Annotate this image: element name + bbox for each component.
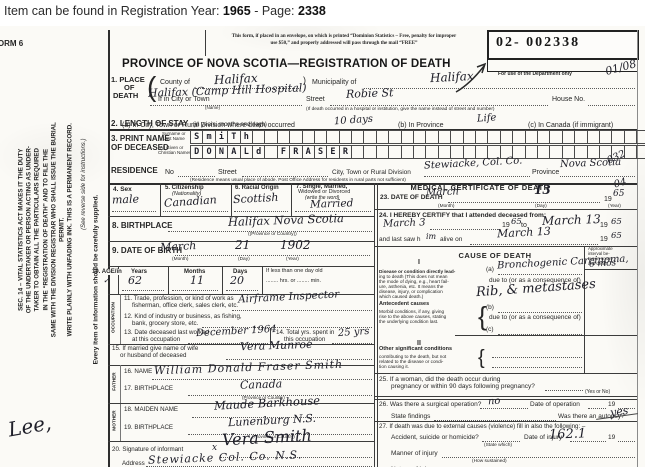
rule — [262, 266, 263, 294]
due-to-label-2: due to (or as a consequence of) — [489, 314, 581, 321]
dotted-line — [498, 311, 582, 313]
dotted-line — [482, 440, 520, 442]
dotted-line — [112, 210, 156, 212]
dotted-line — [122, 289, 164, 291]
q13-label-2: at this occupation — [132, 337, 180, 344]
notice-line: IN THE “REGISTRATION OF DEATH” AND TO FI… — [42, 110, 50, 350]
dotted-line — [545, 389, 583, 391]
dotted-line — [470, 243, 598, 245]
q25-hint: (Yes or No) — [585, 390, 610, 395]
street-value: Robie St — [346, 87, 394, 100]
record-location-header: Item can be found in Registration Year: … — [4, 4, 326, 18]
given-name-cells: DONALdFRASER — [190, 145, 645, 159]
rule — [374, 373, 637, 374]
q25-label-1: 25. If a woman, did the death occur duri… — [379, 376, 500, 383]
death-year-prefix: 19 — [604, 196, 612, 204]
age-less-label: If less than one day old — [266, 269, 323, 275]
birth-year-hint: (Year) — [286, 257, 299, 262]
last-saw-label-1: and last saw h — [379, 236, 421, 243]
cause-b-label: (b) — [486, 304, 494, 311]
envelope-note-line2: use $50,” and properly addressed will pa… — [210, 41, 478, 46]
notice-line: TAKER TO OBTAIN ALL THE PARTICULARS REQU… — [34, 110, 42, 350]
dotted-line — [442, 456, 635, 458]
municipality-value: Halifax — [430, 70, 474, 84]
to-year-value: 65 — [611, 218, 622, 227]
antecedent-label-4: the underlying condition last. — [379, 319, 438, 324]
notice-line: OF THE UNDERTAKER OR PERSON ACTING AS UN… — [25, 110, 33, 350]
q27-year-prefix: 19 — [608, 434, 615, 441]
header-prefix: Item can be found in Registration Year: — [4, 4, 219, 18]
every-item-note: Every item of information should be care… — [92, 185, 99, 375]
age-months-value: 11 — [190, 275, 204, 286]
dotted-line — [172, 289, 218, 291]
dotted-line — [588, 104, 635, 106]
saw-year-prefix: 19 — [600, 236, 608, 244]
rule — [374, 396, 637, 397]
dotted-line — [588, 407, 606, 409]
rule — [374, 399, 637, 400]
dotted-line — [364, 87, 635, 89]
dotted-line — [226, 289, 258, 291]
rule — [637, 30, 638, 467]
birth-month-value: March — [160, 240, 197, 253]
name-hint: (Name) — [205, 106, 220, 111]
cause-c-label: (c) — [486, 326, 494, 333]
page-number: 2338 — [298, 4, 326, 18]
q27-how-hint: (How sustained) — [472, 459, 507, 464]
saw-year-value: 65 — [611, 232, 622, 241]
other-label-1: Other significant conditions — [379, 347, 452, 353]
rule — [205, 30, 206, 56]
street-label: Street — [306, 96, 325, 104]
surname-cells: SmiTh — [190, 130, 645, 144]
dotted-line — [618, 440, 635, 442]
dotted-line — [448, 201, 600, 203]
informant-address-label: Address — [122, 461, 145, 467]
birth-month-hint: (Month) — [172, 257, 189, 262]
last-saw-label-2: alive on — [440, 236, 462, 243]
house-no-label: House No. — [552, 96, 585, 104]
rule — [108, 30, 110, 467]
age-years-value: 62 — [128, 275, 142, 286]
birthplace-label: 8. BIRTHPLACE — [112, 222, 172, 231]
stay-a-value: 10 days — [334, 115, 374, 128]
dotted-line — [242, 175, 328, 177]
dotted-line — [163, 210, 228, 212]
serial-number: 02- 002338 — [496, 35, 580, 50]
form-title: PROVINCE OF NOVA SCOTIA—REGISTRATION OF … — [122, 58, 444, 70]
dept-use-label: For use of the Department only — [498, 72, 572, 77]
last-saw-hw: im — [426, 233, 436, 241]
record-viewer: Item can be found in Registration Year: … — [0, 0, 645, 467]
to-year-prefix: 19 — [600, 222, 608, 230]
residence-street-label: Street — [218, 169, 237, 177]
marital-value: Married — [310, 198, 354, 210]
surname-hint-2: Last Name — [163, 137, 185, 142]
q13-value: December 1964 — [196, 325, 277, 339]
father-name-value: William Donald Fraser Smith — [154, 359, 343, 377]
mother-side-label: MOTHER — [111, 406, 116, 436]
death-day-value: 13 — [534, 184, 551, 196]
mother-maiden-value: Maude Barkhouse — [214, 395, 321, 412]
dotted-line — [150, 104, 302, 106]
notice-line: SAME WITH THE DIVISION REGISTRAR WHO SHA… — [50, 110, 66, 350]
q26-date-label: Date of operation — [530, 401, 580, 408]
dotted-line — [492, 366, 582, 368]
death-year-value: 65 — [613, 190, 624, 199]
rule — [291, 183, 292, 216]
q26-label: 26. Was there a surgical operation? — [379, 401, 481, 408]
dotted-line — [178, 175, 215, 177]
dotted-line — [175, 254, 370, 256]
q26-findings-label: State findings — [391, 413, 430, 420]
birth-day-value: 21 — [235, 239, 250, 251]
citizenship-value: Canadian — [164, 194, 217, 209]
q11-value: Airframe Inspector — [238, 289, 340, 305]
dotted-line — [232, 309, 372, 311]
rule — [377, 183, 378, 467]
rule — [120, 294, 121, 344]
cause-a-interval-value: 6 mos — [589, 259, 617, 269]
disease-label-6: which caused death.) — [379, 294, 423, 299]
rule — [160, 183, 161, 216]
rule — [455, 335, 637, 336]
last-saw-value: March 13 — [497, 226, 551, 240]
municipality-label: Municipality of — [312, 79, 356, 87]
birth-day-hint: (Day) — [238, 257, 250, 262]
age-hrs-label: ........ hrs. or ........ min. — [266, 279, 321, 285]
rule — [231, 183, 232, 216]
hospital-hint: (If death occurred in a hospital or inst… — [306, 107, 495, 112]
birthplace-hint: ((Province or Country)) — [248, 232, 297, 237]
q14-value: 25 yrs — [338, 327, 370, 339]
father-name-label: 16. NAME — [124, 369, 152, 376]
spouse-label-2: or husband of deceased — [120, 353, 186, 360]
age-checkmark: ✓ — [103, 277, 110, 285]
dotted-line — [480, 407, 528, 409]
other-label-4: tion causing it. — [379, 364, 409, 369]
vital-statistics-notice: SEC. 14 – VITAL STATISTICS ACT MAKES IT … — [17, 110, 74, 350]
death-month-value: March — [426, 187, 459, 198]
residence-province-label: Province — [532, 169, 559, 177]
racial-origin-value: Scottish — [233, 192, 279, 205]
notice-line: SEC. 14 – VITAL STATISTICS ACT MAKES IT … — [17, 110, 25, 350]
brace-antecedent: { — [478, 302, 487, 330]
residence-no-label: No — [165, 169, 174, 177]
envelope-note-line1: This form, if placed in an envelope, on … — [210, 34, 478, 39]
margin-scribble: Lee, — [7, 412, 53, 439]
rule — [168, 266, 169, 294]
death-registration-scan: FORM 6 This form, if placed in an envelo… — [0, 26, 645, 467]
notice-line: WRITE PLAINLY WITH UNFADING INK. THIS IS… — [67, 110, 75, 350]
sex-value: male — [112, 194, 139, 206]
q27-manner-label: Manner of injury — [391, 450, 438, 457]
dotted-line — [498, 273, 582, 275]
occupation-side-label: OCCUPATION — [110, 296, 115, 340]
residence-label: RESIDENCE — [111, 167, 158, 176]
dotted-line — [234, 210, 288, 212]
cause-part-1: I — [418, 259, 420, 267]
q26-value: no — [488, 397, 501, 408]
q27-which-hint: (State which) — [484, 443, 512, 448]
informant-signature: Vera Smith — [222, 428, 313, 449]
dotted-line — [330, 104, 548, 106]
mother-maiden-label: 18. MAIDEN NAME — [124, 407, 178, 414]
rule — [222, 266, 223, 294]
age-days-value: 20 — [230, 275, 244, 286]
rule — [108, 266, 375, 267]
birthplace-value: Halifax Nova Scotia — [228, 213, 344, 229]
father-birthplace-value: Canada — [240, 378, 283, 390]
q12-label-2: bank, grocery store, etc. — [132, 321, 198, 328]
registration-year: 1965 — [223, 4, 251, 18]
dotted-line — [492, 356, 582, 358]
father-side-label: FATHER — [111, 367, 116, 397]
birth-year-value: 1902 — [280, 239, 311, 251]
mother-birthplace-label: 19. BIRTHPLACE — [124, 425, 173, 432]
dotted-line — [424, 175, 530, 177]
q27-code-value: 162.1 — [549, 427, 587, 441]
stay-b-value: Life — [477, 113, 497, 124]
place-label-3: DEATH — [113, 92, 138, 100]
given-hint-2: Christian Names — [158, 151, 191, 156]
father-birthplace-label: 17. BIRTHPLACE — [124, 386, 173, 393]
antecedent-label-1: Antecedent causes — [379, 302, 429, 308]
q25-label-2: pregnancy or within 90 days following pr… — [391, 383, 535, 390]
attended-from-value: March 3 — [383, 218, 426, 229]
residence-division-label: City, Town or Rural Division — [332, 169, 411, 176]
cause-a-label: (a) — [486, 266, 494, 273]
rule — [374, 421, 637, 422]
rule — [374, 209, 637, 210]
rule — [374, 183, 375, 467]
q27-accident-label: Accident, suicide or homicide? — [391, 434, 479, 441]
brace-other: { — [478, 348, 485, 370]
header-separator: - Page: — [254, 4, 294, 18]
form-number: FORM 6 — [0, 40, 23, 49]
dotted-line — [430, 228, 500, 230]
see-reverse-note: (See reverse side for instructions.) — [81, 119, 87, 249]
spouse-value: Vera Munroe — [240, 339, 313, 353]
q11-label-2: fisherman, office clerk, sales clerk, et… — [132, 303, 238, 310]
